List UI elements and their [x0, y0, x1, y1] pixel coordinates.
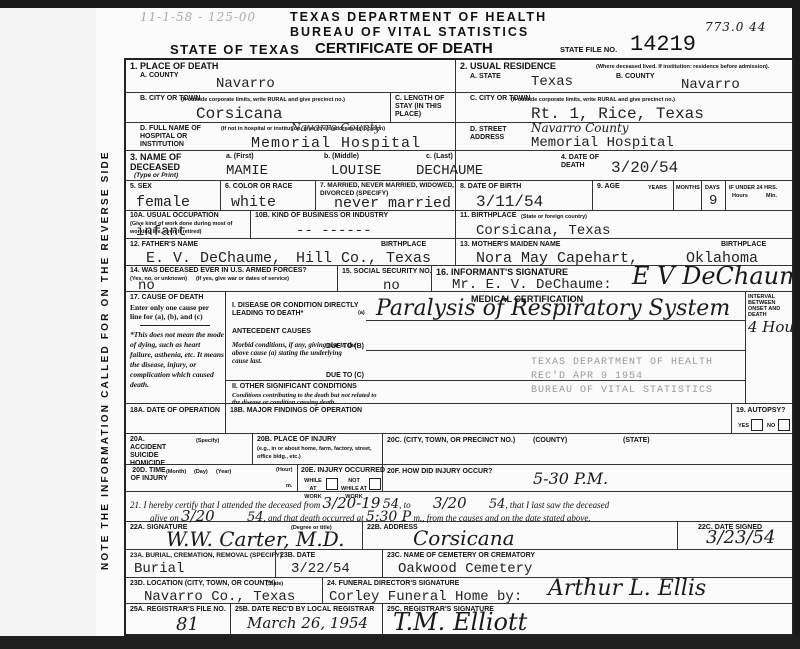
deceased-name: 3. NAME OF DECEASED (Type or Print) a. (… — [126, 151, 456, 181]
operation-findings: 18b. MAJOR FINDINGS OF OPERATION — [226, 404, 732, 434]
cause-a-value: Paralysis of Respiratory System — [376, 296, 730, 321]
father-value: E. V. DeChaume, — [146, 250, 281, 267]
mother-label: 13. MOTHER'S MAIDEN NAME — [460, 241, 560, 249]
city-note: (If outside corporate limits, write RURA… — [181, 96, 345, 104]
sex-value: female — [136, 194, 190, 211]
occupation-field: 10a. USUAL OCCUPATION (Give kind of work… — [126, 211, 251, 239]
cause-a-line — [366, 320, 746, 321]
father-label: 12. FATHER'S NAME — [130, 241, 198, 249]
res-state-label: a. STATE — [470, 73, 501, 81]
pencil-note: 11-1-58 - 125-00 — [140, 10, 256, 24]
stay-label: c. LENGTH OF STAY (in this place) — [395, 95, 455, 119]
mother-value: Nora May Capehart, — [476, 250, 638, 267]
business-value: -- ------ — [296, 223, 372, 239]
city-value: Corsicana — [196, 105, 282, 123]
physician-signature: 22a. SIGNATURE (Degree or title) W.W. Ca… — [126, 522, 363, 550]
state-file-number: 14219 — [630, 32, 696, 57]
birthplace-label: 11. BIRTHPLACE — [460, 212, 516, 220]
registrar-date-value: March 26, 1954 — [247, 614, 368, 632]
armed-note-2: (If yes, give war or dates of service) — [196, 275, 289, 283]
interval-onset-death: INTERVAL BETWEEN ONSET AND DEATH 4 Hours — [746, 292, 792, 404]
father-field: 12. FATHER'S NAME BIRTHPLACE E. V. DeCha… — [126, 239, 456, 266]
stamp-line-3: BUREAU OF VITAL STATISTICS — [531, 384, 713, 398]
certificate-title: CERTIFICATE OF DEATH — [315, 40, 493, 57]
cemetery-value: Oakwood Cemetery — [398, 561, 532, 577]
place-of-injury: 20b. PLACE OF INJURY (e.g., in or about … — [253, 434, 383, 465]
dob-value: 3/11/54 — [476, 193, 543, 211]
middle-name-value: LOUISE — [331, 163, 381, 179]
dob-label: 8. DATE OF BIRTH — [460, 183, 521, 191]
registrar-file-value: 81 — [176, 614, 199, 635]
location-state-label: (State) — [266, 580, 283, 588]
birthplace-field: 11. BIRTHPLACE (State or foreign country… — [456, 211, 792, 239]
age-label: 9. AGE — [597, 183, 620, 191]
location-value: Navarro Co., Texas — [144, 589, 295, 605]
ssn-field: 15. SOCIAL SECURITY NO. no — [338, 266, 432, 292]
days-label: DAYS — [705, 184, 720, 192]
informant-signature: E V DeChaume — [632, 262, 800, 290]
autopsy-label: 19. AUTOPSY? — [736, 407, 785, 415]
place-of-death-county: 1. PLACE OF DEATH a. COUNTY Navarro — [126, 60, 456, 93]
cause-footnote: *This does not mean the mode of dying, s… — [130, 330, 224, 390]
injury-location: 20c. (CITY, TOWN, OR PRECINCT NO.) (COUN… — [383, 434, 792, 465]
accident-type: 20a. ACCIDENT SUICIDE HOMICIDE (Specify) — [126, 434, 253, 465]
how-injury-label: 20f. HOW DID INJURY OCCUR? — [387, 468, 492, 476]
age-months: MONTHS — [674, 181, 702, 211]
min-label: Min. — [766, 192, 777, 200]
name-note: (Type or Print) — [134, 172, 178, 180]
res-county-label: b. COUNTY — [616, 73, 655, 81]
certificate-form: 1. PLACE OF DEATH a. COUNTY Navarro 2. U… — [124, 58, 794, 636]
scan-border-top — [0, 0, 800, 8]
street-value: Memorial Hospital — [531, 135, 674, 151]
years-label: YEARS — [648, 184, 667, 192]
ssn-label: 15. SOCIAL SECURITY NO. — [342, 268, 432, 276]
months-label: MONTHS — [676, 184, 700, 192]
stamp-number: 773.0 44 — [705, 20, 766, 34]
how-injury: 20f. HOW DID INJURY OCCUR? 5-30 P.M. — [383, 465, 792, 492]
registrar-signature: 25c. REGISTRAR'S SIGNATURE T.M. Elliott — [383, 604, 792, 634]
res-city-note: (If outside corporate limits, write RURA… — [511, 96, 675, 104]
residence-state-county: 2. USUAL RESIDENCE (Where deceased lived… — [456, 60, 792, 93]
burial-date-label: 23b. DATE — [280, 552, 315, 560]
street-overwrite: Navarro County — [531, 121, 629, 135]
place-of-death-city: b. CITY OR TOWN (If outside corporate li… — [126, 93, 391, 123]
place-of-injury-note: (e.g., in or about home, farm, factory, … — [257, 445, 382, 461]
residence-street: d. STREET ADDRESS Navarro County Memoria… — [456, 123, 792, 151]
funeral-director-label: 24. FUNERAL DIRECTOR'S SIGNATURE — [327, 580, 459, 588]
hour-label: (Hour) — [276, 466, 293, 474]
informant-value: Mr. E. V. DeChaume: — [452, 277, 612, 293]
marital-value: never married — [334, 195, 451, 212]
scan-margin — [0, 0, 96, 649]
dept-line-1: TEXAS DEPARTMENT OF HEALTH — [290, 10, 547, 25]
operation-findings-label: 18b. MAJOR FINDINGS OF OPERATION — [230, 407, 362, 415]
year-label: (Year) — [216, 468, 231, 476]
injury-occurred-label: 20e. INJURY OCCURRED — [301, 467, 385, 475]
antecedent-label: ANTECEDENT CAUSES — [232, 328, 311, 336]
autopsy-yes-label: YES — [738, 422, 749, 430]
state-file-label: STATE FILE NO. — [560, 45, 617, 54]
hospital-label: d. FULL NAME OF HOSPITAL OR INSTITUTION — [140, 125, 220, 149]
birthplace-note: (State or foreign country) — [521, 213, 587, 221]
day-label: (Day) — [194, 468, 208, 476]
burial-type-label: 23a. BURIAL, CREMATION, REMOVAL (Specify… — [130, 552, 282, 560]
injury-city-label: 20c. (CITY, TOWN, OR PRECINCT NO.) — [387, 437, 515, 445]
burial-type-value: Burial — [134, 561, 184, 577]
mother-birthplace-label: BIRTHPLACE — [721, 241, 766, 249]
address-label: 22b. ADDRESS — [367, 524, 418, 532]
registrar-date-label: 25b. DATE REC'D BY LOCAL REGISTRAR — [235, 606, 374, 614]
age-years: 9. AGE YEARS — [593, 181, 674, 211]
sex-label: 5. SEX — [130, 183, 152, 191]
business-label: 10b. KIND OF BUSINESS OR INDUSTRY — [255, 212, 388, 220]
days-value: 9 — [709, 193, 717, 209]
last-label: c. (Last) — [426, 153, 453, 161]
informant-field: 16. INFORMANT'S SIGNATURE Mr. E. V. DeCh… — [432, 266, 792, 292]
race-label: 6. COLOR OR RACE — [225, 183, 292, 191]
interval-a-value: 4 Hours — [748, 318, 800, 336]
cemetery-label: 23c. NAME OF CEMETERY OR CREMATORY — [387, 552, 535, 560]
informant-label: 16. INFORMANT'S SIGNATURE — [436, 267, 568, 277]
interval-label: INTERVAL BETWEEN ONSET AND DEATH — [748, 294, 792, 318]
not-at-work-checkbox[interactable] — [369, 478, 381, 490]
m-label: m. — [286, 482, 292, 490]
address-value: Corsicana — [413, 526, 515, 550]
funeral-director: 24. FUNERAL DIRECTOR'S SIGNATURE Corley … — [323, 578, 792, 604]
burial-location: 23d. LOCATION (City, town, or county) (S… — [126, 578, 323, 604]
res-county-value: Navarro — [681, 77, 740, 93]
registrar-file: 25a. REGISTRAR'S FILE NO. 81 — [126, 604, 231, 634]
injury-occurred: 20e. INJURY OCCURRED WHILE AT WORK NOT W… — [298, 465, 383, 492]
month-label: (Month) — [166, 468, 186, 476]
registrar-file-label: 25a. REGISTRAR'S FILE NO. — [130, 606, 226, 614]
name-label: 3. NAME OF DECEASED — [130, 152, 210, 172]
under24-label: IF UNDER 24 HRS. — [729, 184, 777, 192]
due-to-b-label: DUE TO (b) — [326, 343, 364, 351]
race-field: 6. COLOR OR RACE white — [221, 181, 316, 211]
disease-label: I. DISEASE OR CONDITION DIRECTLY LEADING… — [232, 302, 362, 318]
street-label: d. STREET ADDRESS — [470, 126, 510, 142]
dept-line-2: BUREAU OF VITAL STATISTICS — [290, 25, 547, 40]
burial-date: 23b. DATE 3/22/54 — [276, 550, 383, 578]
age-days: DAYS 9 — [702, 181, 726, 211]
burial-date-value: 3/22/54 — [291, 561, 350, 577]
res-state-value: Texas — [531, 74, 573, 90]
divider — [140, 325, 210, 326]
physician-address: 22b. ADDRESS Corsicana — [363, 522, 678, 550]
hospital-name: d. FULL NAME OF HOSPITAL OR INSTITUTION … — [126, 123, 456, 151]
stamp-line-1: TEXAS DEPARTMENT OF HEALTH — [531, 356, 713, 370]
operation-date-label: 18a. DATE OF OPERATION — [130, 407, 220, 415]
injury-county-label: (COUNTY) — [533, 437, 567, 445]
operation-date: 18a. DATE OF OPERATION — [126, 404, 226, 434]
time-of-injury-label: 20d. TIME OF INJURY — [130, 467, 168, 483]
birthplace-value: Corsicana, Texas — [476, 223, 610, 239]
cemetery: 23c. NAME OF CEMETERY OR CREMATORY Oakwo… — [383, 550, 792, 578]
state-label: STATE OF TEXAS — [170, 42, 300, 57]
funeral-director-value: Corley Funeral Home by: — [329, 589, 522, 605]
date-signed-value: 3/23/54 — [706, 527, 775, 548]
while-at-work-checkbox[interactable] — [326, 478, 338, 490]
registrar-signature-value: T.M. Elliott — [393, 608, 527, 636]
registrar-date: 25b. DATE REC'D BY LOCAL REGISTRAR March… — [231, 604, 383, 634]
middle-label: b. (Middle) — [324, 153, 359, 161]
first-name-value: MAMIE — [226, 163, 268, 179]
occupation-value: infant — [136, 224, 186, 240]
injury-state-label: (STATE) — [623, 437, 650, 445]
hours-label: Hours — [732, 192, 748, 200]
residence-note: (Where deceased lived. If institution: r… — [596, 63, 786, 71]
physician-signature-value: W.W. Carter, M.D. — [166, 527, 344, 551]
stamp-line-2: REC'D APR 9 1954 — [531, 370, 713, 384]
accident-specify-label: (Specify) — [196, 437, 219, 445]
armed-label: 14. WAS DECEASED EVER IN U.S. ARMED FORC… — [130, 267, 307, 275]
armed-forces-field: 14. WAS DECEASED EVER IN U.S. ARMED FORC… — [126, 266, 338, 292]
race-value: white — [231, 194, 276, 211]
business-field: 10b. KIND OF BUSINESS OR INDUSTRY -- ---… — [251, 211, 456, 239]
length-of-stay: c. LENGTH OF STAY (in this place) — [391, 93, 456, 123]
cause-instructions-text: Enter only one cause per line for (a), (… — [130, 303, 222, 321]
marital-field: 7. MARRIED, NEVER MARRIED, WIDOWED, DIVO… — [316, 181, 456, 211]
dod-value: 3/20/54 — [611, 159, 678, 177]
occupation-label: 10a. USUAL OCCUPATION — [130, 212, 219, 220]
age-under-24: IF UNDER 24 HRS. Hours Min. — [726, 181, 792, 211]
time-of-injury: 20d. TIME OF INJURY (Month) (Day) (Year)… — [126, 465, 298, 492]
date-of-death: 4. DATE OF DEATH 3/20/54 — [456, 151, 792, 181]
how-injury-note: 5-30 P.M. — [533, 469, 608, 488]
burial-type: 23a. BURIAL, CREMATION, REMOVAL (Specify… — [126, 550, 276, 578]
father-birthplace-label: BIRTHPLACE — [381, 241, 426, 249]
usual-residence-label: 2. USUAL RESIDENCE — [460, 61, 556, 71]
autopsy-field: 19. AUTOPSY? YES NO — [732, 404, 792, 434]
cause-label: 17. CAUSE OF DEATH — [130, 294, 203, 302]
dob-field: 8. DATE OF BIRTH 3/11/54 — [456, 181, 593, 211]
father-birthplace-value: Hill Co., Texas — [296, 250, 431, 267]
attending-certification: 21. I hereby certify that I attended the… — [126, 492, 792, 522]
place-of-injury-label: 20b. PLACE OF INJURY — [257, 436, 336, 444]
department-title: TEXAS DEPARTMENT OF HEALTH BUREAU OF VIT… — [290, 10, 547, 40]
residence-city: c. CITY OR TOWN (If outside corporate li… — [456, 93, 792, 123]
county-value: Navarro — [216, 76, 275, 92]
due-to-c-label: DUE TO (c) — [326, 372, 364, 380]
autopsy-no-label: NO — [767, 422, 775, 430]
place-of-death-label: 1. PLACE OF DEATH — [130, 61, 218, 71]
dod-label: 4. DATE OF DEATH — [561, 154, 601, 170]
location-label: 23d. LOCATION (City, town, or county) — [130, 580, 276, 588]
scan-border-bottom — [0, 636, 800, 649]
county-label: a. COUNTY — [140, 72, 179, 80]
reverse-side-note: NOTE THE INFORMATION CALLED FOR ON THE R… — [100, 125, 116, 595]
autopsy-no-checkbox[interactable] — [778, 419, 790, 431]
funeral-director-signature: Arthur L. Ellis — [548, 576, 706, 601]
hospital-value: Memorial Hospital — [251, 135, 421, 152]
accident-label: 20a. ACCIDENT SUICIDE HOMICIDE — [130, 436, 180, 468]
cause-a-marker: (a) — [358, 309, 365, 317]
autopsy-yes-checkbox[interactable] — [751, 419, 763, 431]
cause-b-line — [366, 350, 746, 351]
cause-instructions: 17. CAUSE OF DEATH Enter only one cause … — [126, 292, 226, 404]
hospital-overwrite: Navarro County — [291, 121, 380, 134]
other-conditions-label: II. OTHER SIGNIFICANT CONDITIONS — [232, 383, 357, 391]
first-label: a. (First) — [226, 153, 254, 161]
medical-certification: MEDICAL CERTIFICATION I. DISEASE OR COND… — [226, 292, 746, 404]
sex-field: 5. SEX female — [126, 181, 221, 211]
received-stamp: TEXAS DEPARTMENT OF HEALTH REC'D APR 9 1… — [531, 356, 713, 398]
date-signed: 22c. DATE SIGNED 3/23/54 — [678, 522, 792, 550]
